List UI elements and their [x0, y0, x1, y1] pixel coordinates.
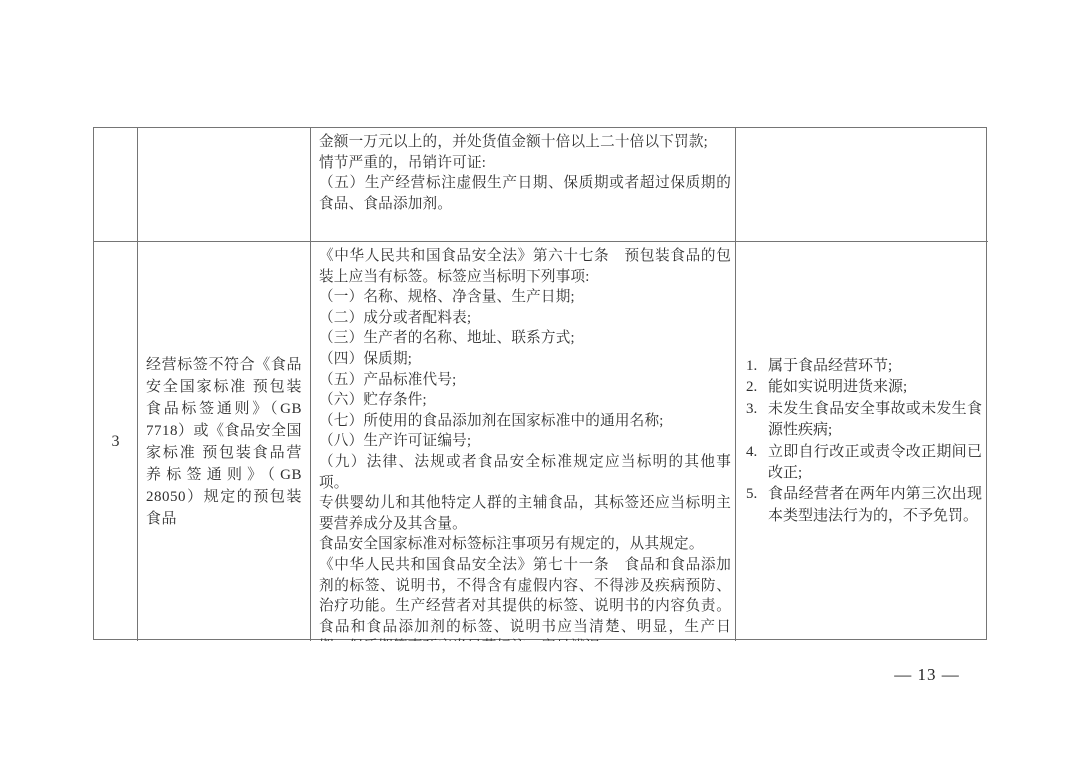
row2-index: 3	[94, 242, 138, 641]
condition-text: 能如实说明进货来源;	[768, 377, 982, 398]
condition-item: 2. 能如实说明进货来源;	[746, 377, 982, 398]
row2-violation-cell: 经营标签不符合《食品安全国家标准 预包装食品标签通则》（GB 7718）或《食品…	[138, 242, 311, 641]
row2-violation-text: 经营标签不符合《食品安全国家标准 预包装食品标签通则》（GB 7718）或《食品…	[146, 354, 302, 530]
row1-legal-text: 金额一万元以上的，并处货值金额十倍以上二十倍以下罚款; 情节严重的，吊销许可证:…	[311, 128, 736, 242]
row2-legal-text: 《中华人民共和国食品安全法》第六十七条 预包装食品的包装上应当有标签。标签应当标…	[311, 242, 736, 641]
condition-text: 属于食品经营环节;	[768, 356, 982, 377]
condition-number: 4.	[746, 442, 768, 485]
row1-index-cell	[94, 128, 138, 242]
page-number: — 13 —	[872, 665, 982, 685]
condition-number: 5.	[746, 484, 768, 527]
penalty-table: 金额一万元以上的，并处货值金额十倍以上二十倍以下罚款; 情节严重的，吊销许可证:…	[93, 127, 987, 640]
condition-item: 5. 食品经营者在两年内第三次出现本类型违法行为的，不予免罚。	[746, 484, 982, 527]
row1-violation-cell	[138, 128, 311, 242]
condition-text: 未发生食品安全事故或未发生食源性疾病;	[768, 399, 982, 442]
condition-text: 食品经营者在两年内第三次出现本类型违法行为的，不予免罚。	[768, 484, 982, 527]
row2-conditions-list: 1. 属于食品经营环节; 2. 能如实说明进货来源; 3. 未发生食品安全事故或…	[736, 242, 988, 641]
condition-item: 1. 属于食品经营环节;	[746, 356, 982, 377]
condition-text: 立即自行改正或责令改正期间已改正;	[768, 442, 982, 485]
condition-item: 3. 未发生食品安全事故或未发生食源性疾病;	[746, 399, 982, 442]
condition-number: 2.	[746, 377, 768, 398]
condition-item: 4. 立即自行改正或责令改正期间已改正;	[746, 442, 982, 485]
row1-conditions-cell	[736, 128, 988, 242]
condition-number: 1.	[746, 356, 768, 377]
condition-number: 3.	[746, 399, 768, 442]
